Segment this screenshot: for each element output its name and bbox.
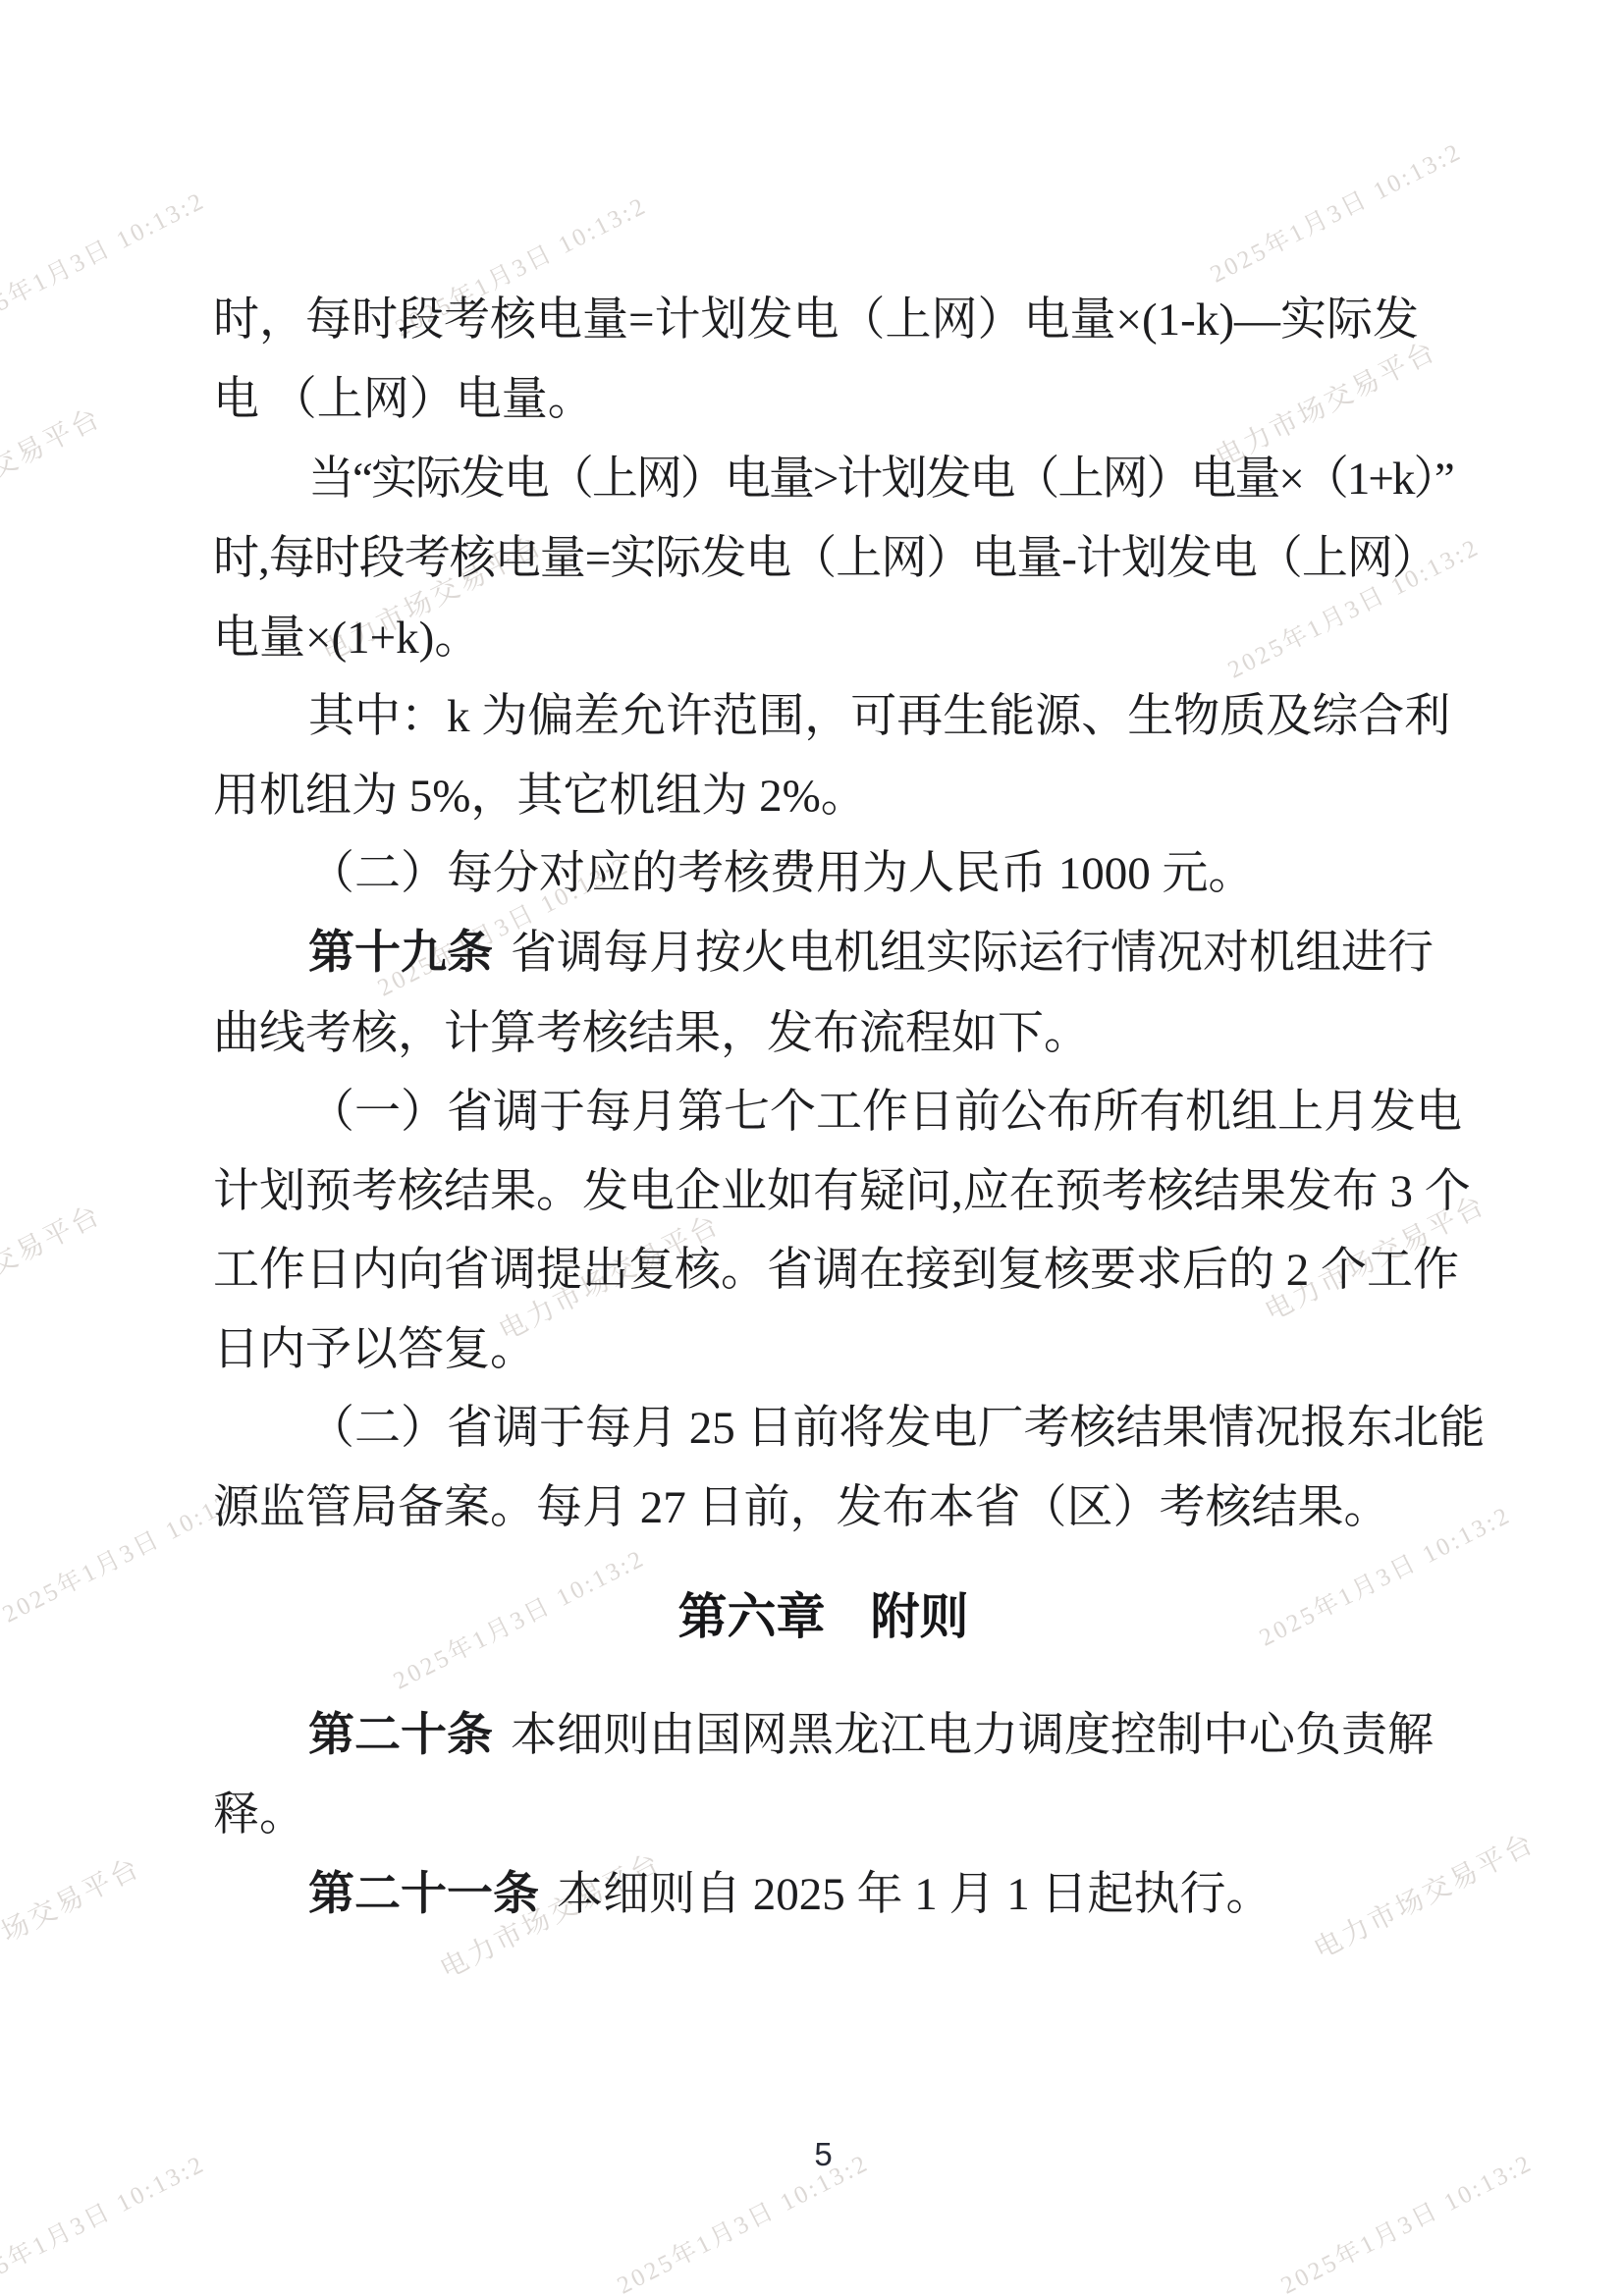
chapter-heading: 第六章附则	[213, 1592, 1434, 1641]
line-text: 电量×(1+k)。	[213, 613, 480, 664]
text-line: 电 （上网）电量。	[213, 377, 1450, 423]
line-text: 时,每时段考核电量=实际发电（上网）电量-计划发电（上网）	[213, 533, 1437, 584]
line-text: 其中：k 为偏差允许范围，可再生能源、生物质及综合利	[308, 691, 1450, 742]
article-number-label: 第二十条	[308, 1710, 493, 1761]
line-text: 用机组为 5%，其它机组为 2%。	[213, 771, 867, 822]
text-line: 其中：k 为偏差允许范围，可再生能源、生物质及综合利	[213, 694, 1545, 740]
text-line: 用机组为 5%，其它机组为 2%。	[213, 774, 1450, 820]
line-text: 日内予以答复。	[213, 1324, 536, 1375]
text-line: 日内予以答复。	[213, 1327, 1450, 1373]
article-number-label: 第十九条	[308, 928, 493, 979]
article-number-label: 第二十一条	[308, 1869, 539, 1920]
line-text: 本细则由国网黑龙江电力调度控制中心负责解	[511, 1710, 1434, 1761]
line-text: 本细则自 2025 年 1 月 1 日起执行。	[557, 1869, 1272, 1920]
line-text: 曲线考核，计算考核结果，发布流程如下。	[213, 1008, 1090, 1059]
line-text: 省调每月按火电机组实际运行情况对机组进行	[511, 928, 1434, 979]
document-body: 第六章附则 5 时，每时段考核电量=计划发电（上网）电量×(1-k)—实际发电 …	[0, 0, 1624, 2296]
line-text: 源监管局备案。每月 27 日前，发布本省（区）考核结果。	[213, 1482, 1390, 1533]
text-line: 计划预考核结果。发电企业如有疑问,应在预考核结果发布 3 个	[213, 1169, 1450, 1215]
page-number: 5	[213, 2136, 1434, 2173]
line-text: （二）每分对应的考核费用为人民币 1000 元。	[308, 848, 1255, 899]
document-page: 2025年1月3日 10:13:22025年1月3日 10:13:22025年1…	[0, 0, 1624, 2296]
text-line: 第十九条省调每月按火电机组实际运行情况对机组进行	[213, 931, 1545, 977]
line-text: 计划预考核结果。发电企业如有疑问,应在预考核结果发布 3 个	[213, 1166, 1471, 1217]
text-line: 时，每时段考核电量=计划发电（上网）电量×(1-k)—实际发	[213, 297, 1450, 344]
text-line: 时,每时段考核电量=实际发电（上网）电量-计划发电（上网）	[213, 536, 1450, 582]
line-text: 电 （上网）电量。	[213, 374, 594, 425]
text-line: 当“实际发电（上网）电量>计划发电（上网）电量×（1+k）”	[213, 456, 1545, 503]
text-line: 释。	[213, 1792, 1450, 1839]
text-line: 第二十一条本细则自 2025 年 1 月 1 日起执行。	[213, 1872, 1545, 1918]
text-line: 源监管局备案。每月 27 日前，发布本省（区）考核结果。	[213, 1485, 1450, 1531]
chapter-heading-number: 第六章	[678, 1589, 826, 1644]
chapter-heading-title: 附则	[871, 1589, 969, 1644]
text-line: 曲线考核，计算考核结果，发布流程如下。	[213, 1011, 1450, 1057]
text-line: 电量×(1+k)。	[213, 615, 1450, 662]
line-text: （二）省调于每月 25 日前将发电厂考核结果情况报东北能	[308, 1403, 1486, 1454]
text-line: 第二十条本细则由国网黑龙江电力调度控制中心负责解	[213, 1713, 1545, 1759]
line-text: 时，每时段考核电量=计划发电（上网）电量×(1-k)—实际发	[213, 294, 1419, 346]
text-line: （一）省调于每月第七个工作日前公布所有机组上月发电	[213, 1090, 1545, 1136]
line-text: 当“实际发电（上网）电量>计划发电（上网）电量×（1+k）”	[308, 454, 1453, 505]
text-line: 工作日内向省调提出复核。省调在接到复核要求后的 2 个工作	[213, 1248, 1450, 1294]
line-text: （一）省调于每月第七个工作日前公布所有机组上月发电	[308, 1087, 1462, 1138]
text-line: （二）每分对应的考核费用为人民币 1000 元。	[213, 851, 1545, 897]
line-text: 工作日内向省调提出复核。省调在接到复核要求后的 2 个工作	[213, 1245, 1459, 1296]
line-text: 释。	[213, 1789, 305, 1841]
text-line: （二）省调于每月 25 日前将发电厂考核结果情况报东北能	[213, 1406, 1545, 1452]
